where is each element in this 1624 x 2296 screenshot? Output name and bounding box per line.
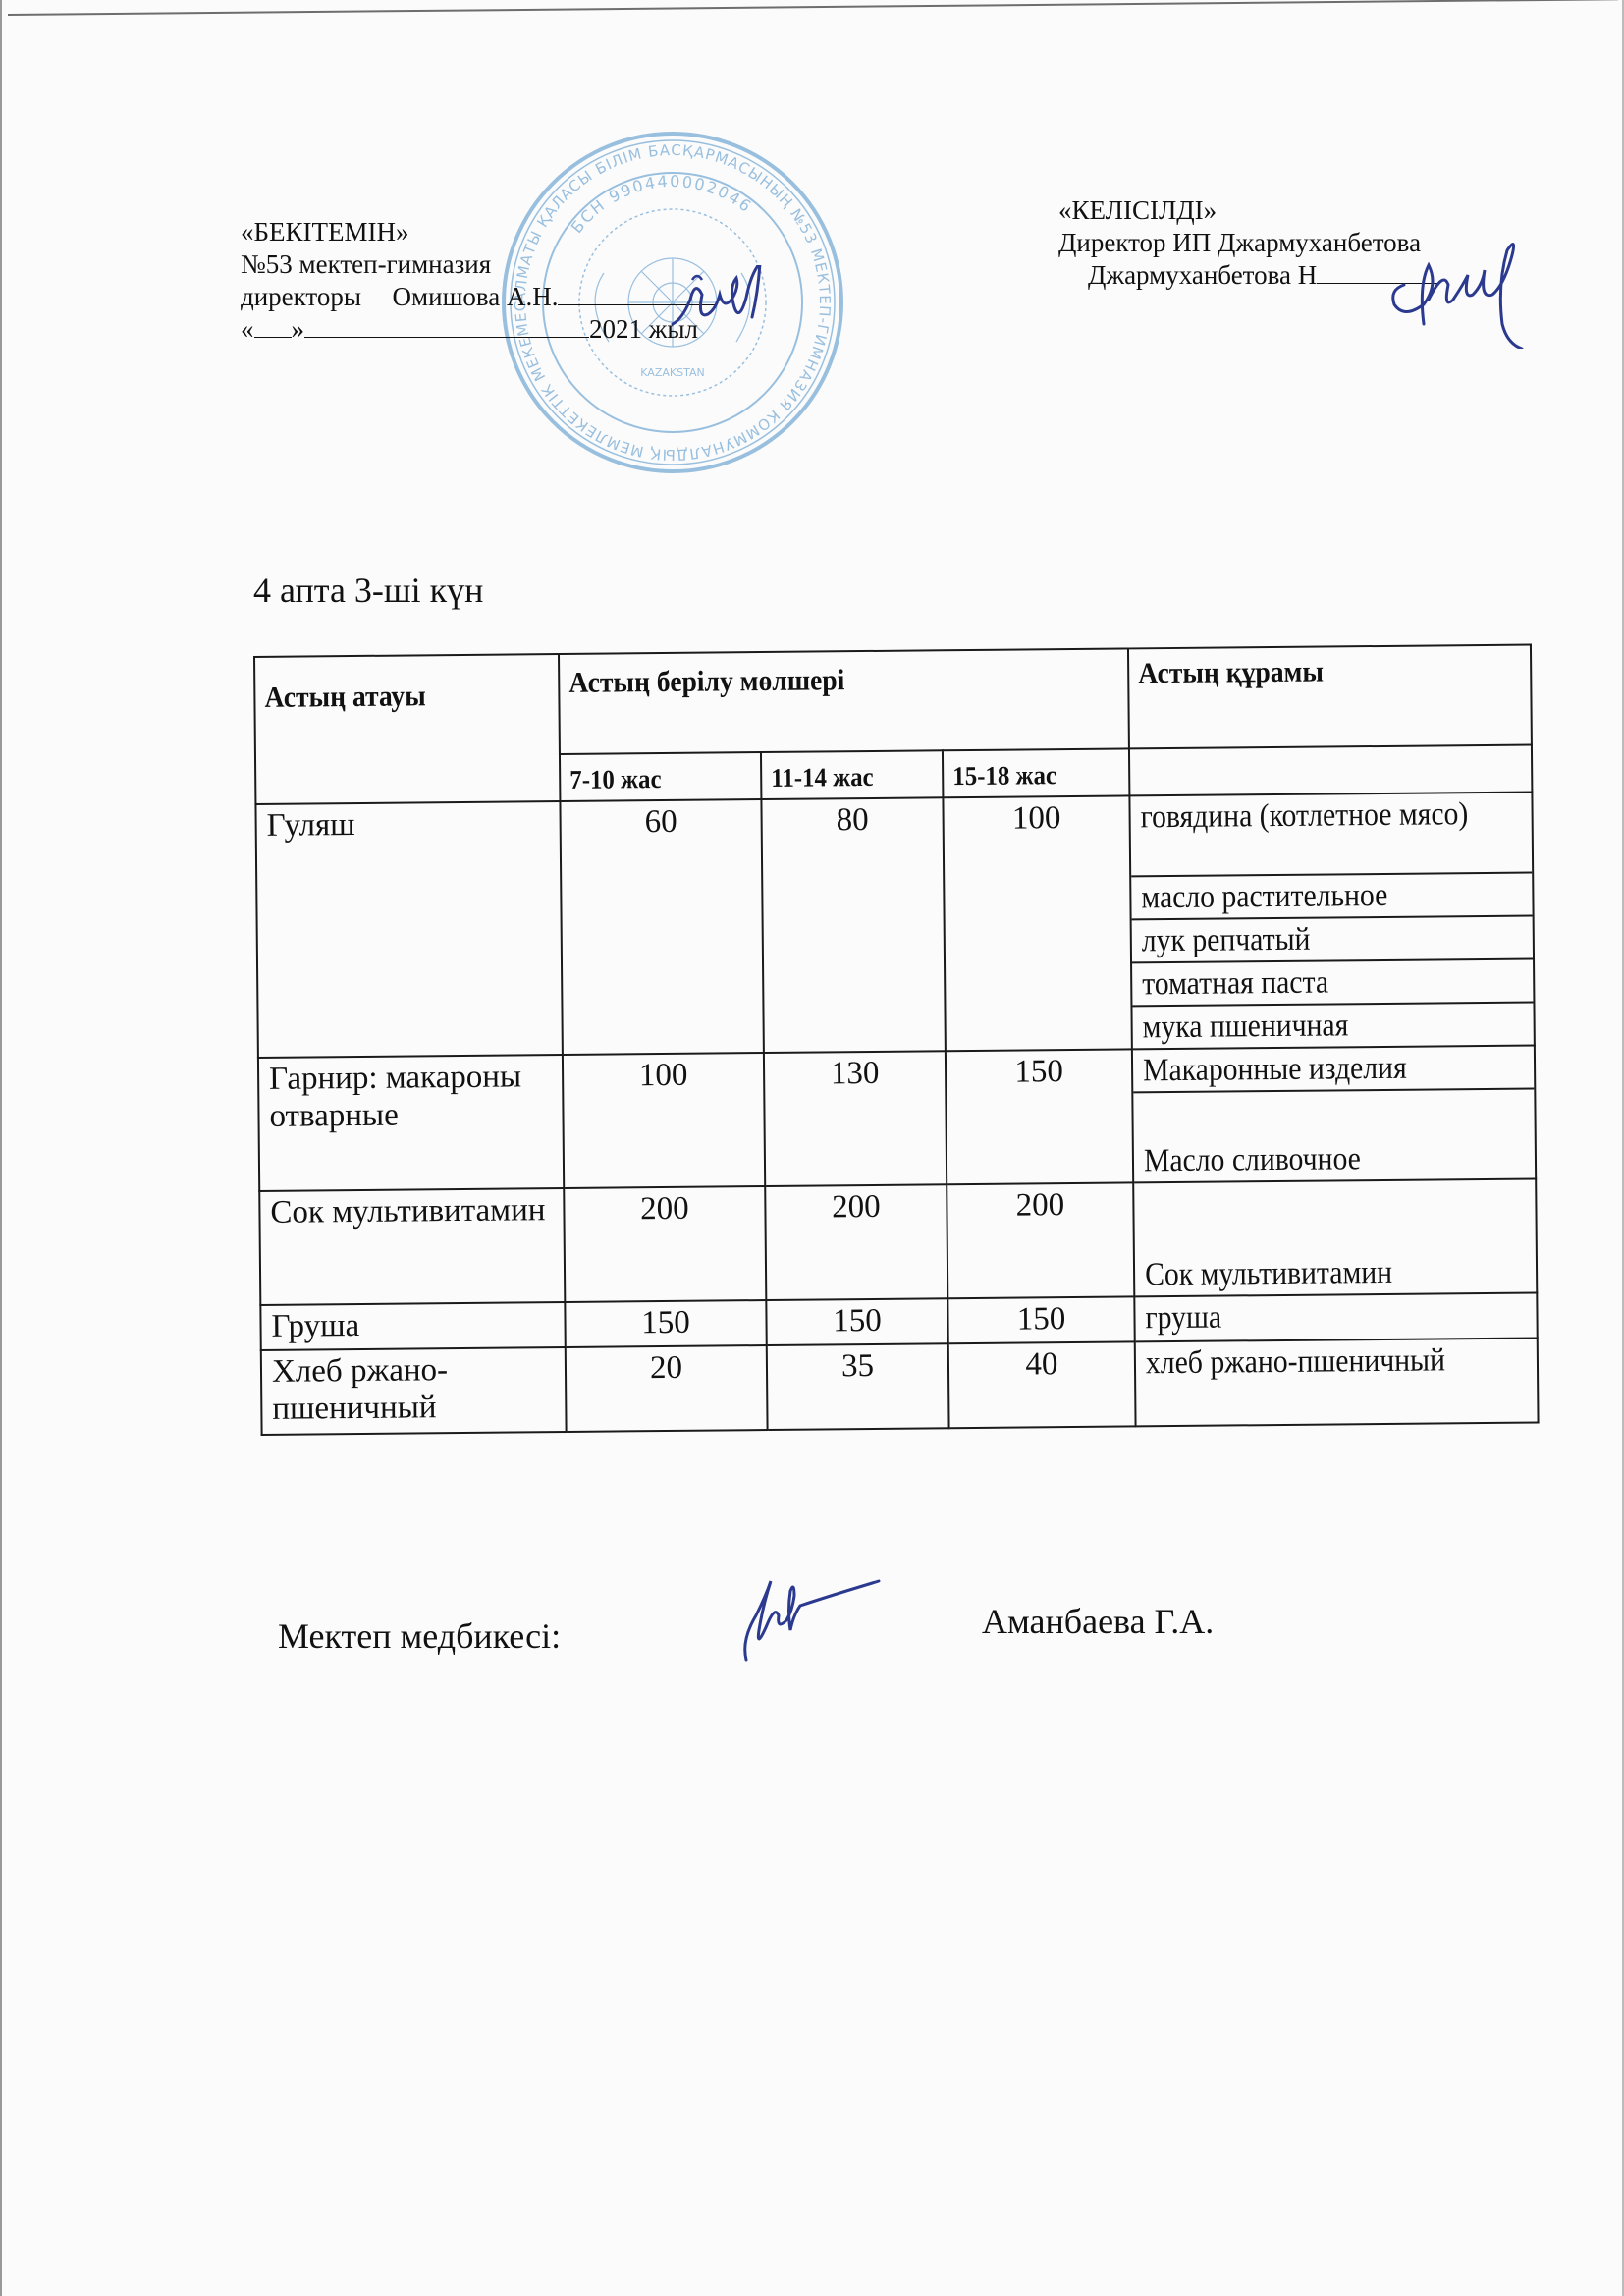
ingredient-item: мука пшеничная	[1132, 1004, 1533, 1049]
portion-cell: 150	[946, 1049, 1133, 1184]
header-age-11-14: 11-14 жас	[761, 750, 929, 799]
composition-cell: Сок мультивитамин	[1133, 1178, 1537, 1296]
scan-edge-left	[0, 0, 2, 2296]
portion-cell: 40	[948, 1341, 1136, 1428]
nurse-signature-icon	[727, 1576, 903, 1665]
director-signature-icon	[663, 265, 800, 344]
portion-cell: 35	[767, 1343, 949, 1430]
portion-cell: 100	[943, 795, 1131, 1051]
header-composition: Астың құрамы	[1128, 645, 1499, 749]
table-header-row: Астың атауы Астың берілу мөлшері Астың қ…	[254, 645, 1532, 757]
portion-cell: 150	[565, 1300, 766, 1347]
dish-name-cell: Груша	[260, 1302, 565, 1350]
portion-cell: 150	[947, 1296, 1134, 1343]
table-row: Хлеб ржано-пшеничный203540хлеб ржано-пше…	[261, 1338, 1539, 1434]
ingredient-item: Макаронные изделия	[1133, 1047, 1534, 1094]
header-portion: Астың берілу мөлшері	[559, 649, 1084, 754]
approval-title: «БЕКІТЕМІН»	[241, 216, 715, 248]
approval-role: директоры	[241, 282, 361, 311]
ingredient-item: томатная паста	[1132, 960, 1533, 1008]
portion-cell: 200	[765, 1184, 947, 1300]
nurse-name: Аманбаева Г.А.	[982, 1601, 1214, 1642]
composition-cell: Макаронные изделияМасло сливочное	[1132, 1045, 1536, 1182]
portion-cell: 20	[566, 1345, 768, 1432]
dish-name-cell: Гуляш	[255, 801, 562, 1058]
portion-cell: 150	[766, 1298, 947, 1345]
composition-cell: говядина (котлетное мясо)масло раститель…	[1129, 793, 1534, 1050]
portion-cell: 130	[764, 1051, 947, 1186]
table-row: Гарнир: макароны отварные100130150Макаро…	[258, 1045, 1536, 1190]
header-empty	[1129, 745, 1500, 796]
menu-table: Астың атауы Астың берілу мөлшері Астың қ…	[253, 644, 1540, 1436]
approval-date-line: «»2021 жыл	[241, 313, 715, 346]
ingredient-item: Сок мультивитамин	[1134, 1179, 1536, 1295]
agreement-title: «КЕЛІСІЛДІ»	[1058, 194, 1439, 227]
header-age-7-10: 7-10 жас	[560, 752, 745, 801]
scan-edge-top	[8, 0, 1618, 16]
composition-cell: груша	[1134, 1292, 1537, 1341]
table-row: Гуляш6080100говядина (котлетное мясо)мас…	[255, 793, 1534, 1058]
dish-name-cell: Хлеб ржано-пшеничный	[261, 1347, 567, 1435]
header-dish-name: Астың атауы	[254, 654, 536, 804]
table-row: Сок мультивитамин200200200Сок мультивита…	[259, 1178, 1537, 1304]
portion-cell: 60	[560, 799, 763, 1055]
nurse-label: Мектеп медбикесі:	[278, 1615, 561, 1657]
approval-org: №53 мектеп-гимназия	[241, 248, 715, 281]
ingredient-item: Масло сливочное	[1133, 1090, 1535, 1182]
ingredient-item: масло растительное	[1131, 874, 1532, 921]
approval-director-line: директоры Омишова А.Н.	[241, 281, 715, 313]
date-line	[304, 337, 589, 338]
header-age-15-18: 15-18 жас	[943, 749, 1114, 798]
ingredient-item: груша	[1135, 1293, 1536, 1340]
day-title: 4 апта 3-ші күн	[253, 570, 483, 611]
portion-cell: 100	[563, 1053, 765, 1188]
menu-table-wrapper: Астың атауы Астың берілу мөлшері Астың қ…	[253, 644, 1538, 1436]
portion-cell: 200	[947, 1182, 1134, 1298]
agreement-name: Джармуханбетова Н	[1088, 260, 1317, 290]
ingredient-item: хлеб ржано-пшеничный	[1136, 1339, 1538, 1425]
svg-text:KAZAKSTAN: KAZAKSTAN	[640, 366, 704, 379]
composition-cell: хлеб ржано-пшеничный	[1135, 1338, 1539, 1426]
dish-name-cell: Сок мультивитамин	[259, 1188, 565, 1305]
dish-name-cell: Гарнир: макароны отварные	[258, 1055, 564, 1191]
ingredient-item: лук репчатый	[1132, 917, 1533, 964]
ingredient-item: говядина (котлетное мясо)	[1130, 793, 1532, 878]
agreement-signature-icon	[1375, 241, 1551, 349]
approval-block: «БЕКІТЕМІН» №53 мектеп-гимназия директор…	[241, 216, 715, 346]
approval-name: Омишова А.Н.	[393, 282, 559, 311]
portion-cell: 80	[761, 797, 945, 1053]
portion-cell: 200	[564, 1186, 766, 1302]
